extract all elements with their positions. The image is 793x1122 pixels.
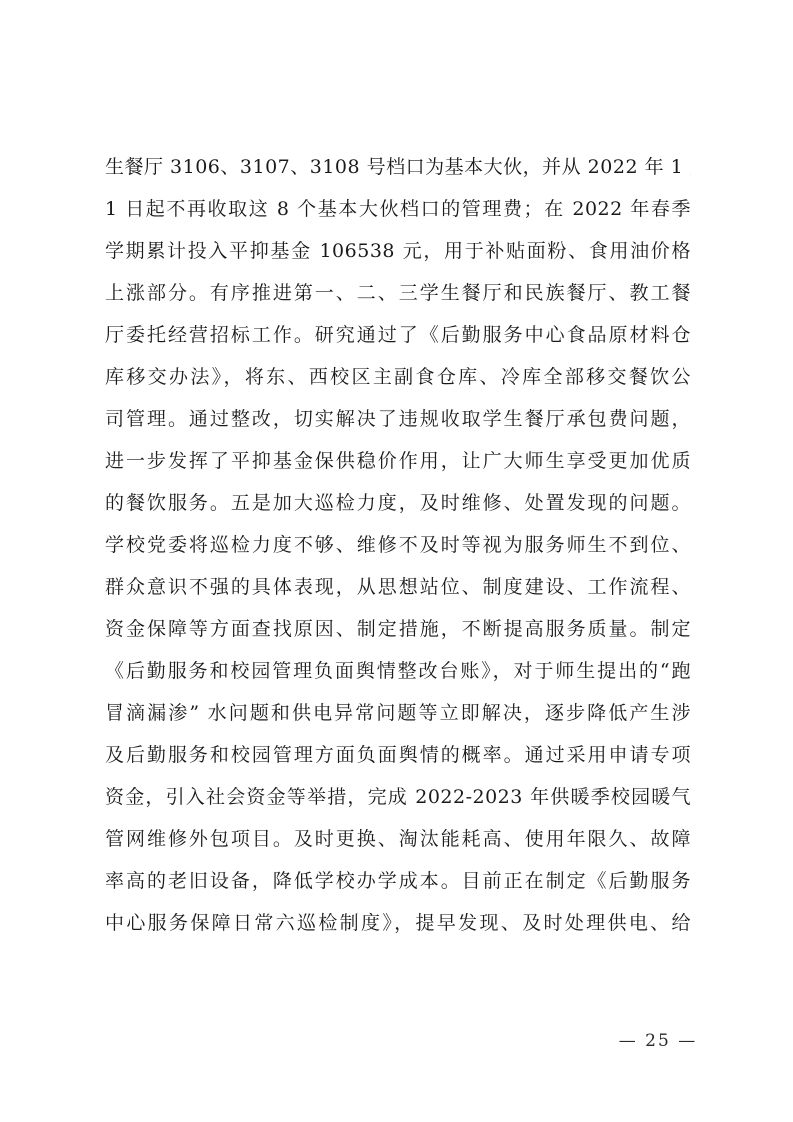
text-line: 生餐厅 3106、3107、3108 号档口为基本大伙，并从 2022 年 1 … — [105, 146, 691, 188]
text-line: 司管理。通过整改，切实解决了违规收取学生餐厅承包费问题， — [105, 398, 691, 440]
text-line: 管网维修外包项目。及时更换、淘汰能耗高、使用年限久、故障 — [105, 818, 691, 860]
text-line: 《后勤服务和校园管理负面舆情整改台账》，对于师生提出的“跑 — [105, 650, 691, 692]
text-line: 上涨部分。有序推进第一、二、三学生餐厅和民族餐厅、教工餐 — [105, 272, 691, 314]
text-line: 资金，引入社会资金等举措，完成 2022-2023 年供暖季校园暖气 — [105, 776, 691, 818]
body-text: 生餐厅 3106、3107、3108 号档口为基本大伙，并从 2022 年 1 … — [105, 146, 691, 944]
text-line: 率高的老旧设备，降低学校办学成本。目前正在制定《后勤服务 — [105, 860, 691, 902]
document-page: 生餐厅 3106、3107、3108 号档口为基本大伙，并从 2022 年 1 … — [0, 0, 793, 1122]
text-line: 资金保障等方面查找原因、制定措施，不断提高服务质量。制定 — [105, 608, 691, 650]
text-line: 学校党委将巡检力度不够、维修不及时等视为服务师生不到位、 — [105, 524, 691, 566]
text-line: 进一步发挥了平抑基金保供稳价作用，让广大师生享受更加优质 — [105, 440, 691, 482]
page-number: — 25 — — [606, 1030, 710, 1052]
text-line: 学期累计投入平抑基金 106538 元，用于补贴面粉、食用油价格 — [105, 230, 691, 272]
text-line: 中心服务保障日常六巡检制度》，提早发现、及时处理供电、给 — [105, 902, 691, 944]
text-line: 厅委托经营招标工作。研究通过了《后勤服务中心食品原材料仓 — [105, 314, 691, 356]
text-line: 冒滴漏渗” 水问题和供电异常问题等立即解决，逐步降低产生涉 — [105, 692, 691, 734]
text-line: 及后勤服务和校园管理方面负面舆情的概率。通过采用申请专项 — [105, 734, 691, 776]
text-line: 1 日起不再收取这 8 个基本大伙档口的管理费；在 2022 年春季 — [105, 188, 691, 230]
text-line: 群众意识不强的具体表现，从思想站位、制度建设、工作流程、 — [105, 566, 691, 608]
text-line: 库移交办法》，将东、西校区主副食仓库、冷库全部移交餐饮公 — [105, 356, 691, 398]
text-line: 的餐饮服务。五是加大巡检力度，及时维修、处置发现的问题。 — [105, 482, 691, 524]
